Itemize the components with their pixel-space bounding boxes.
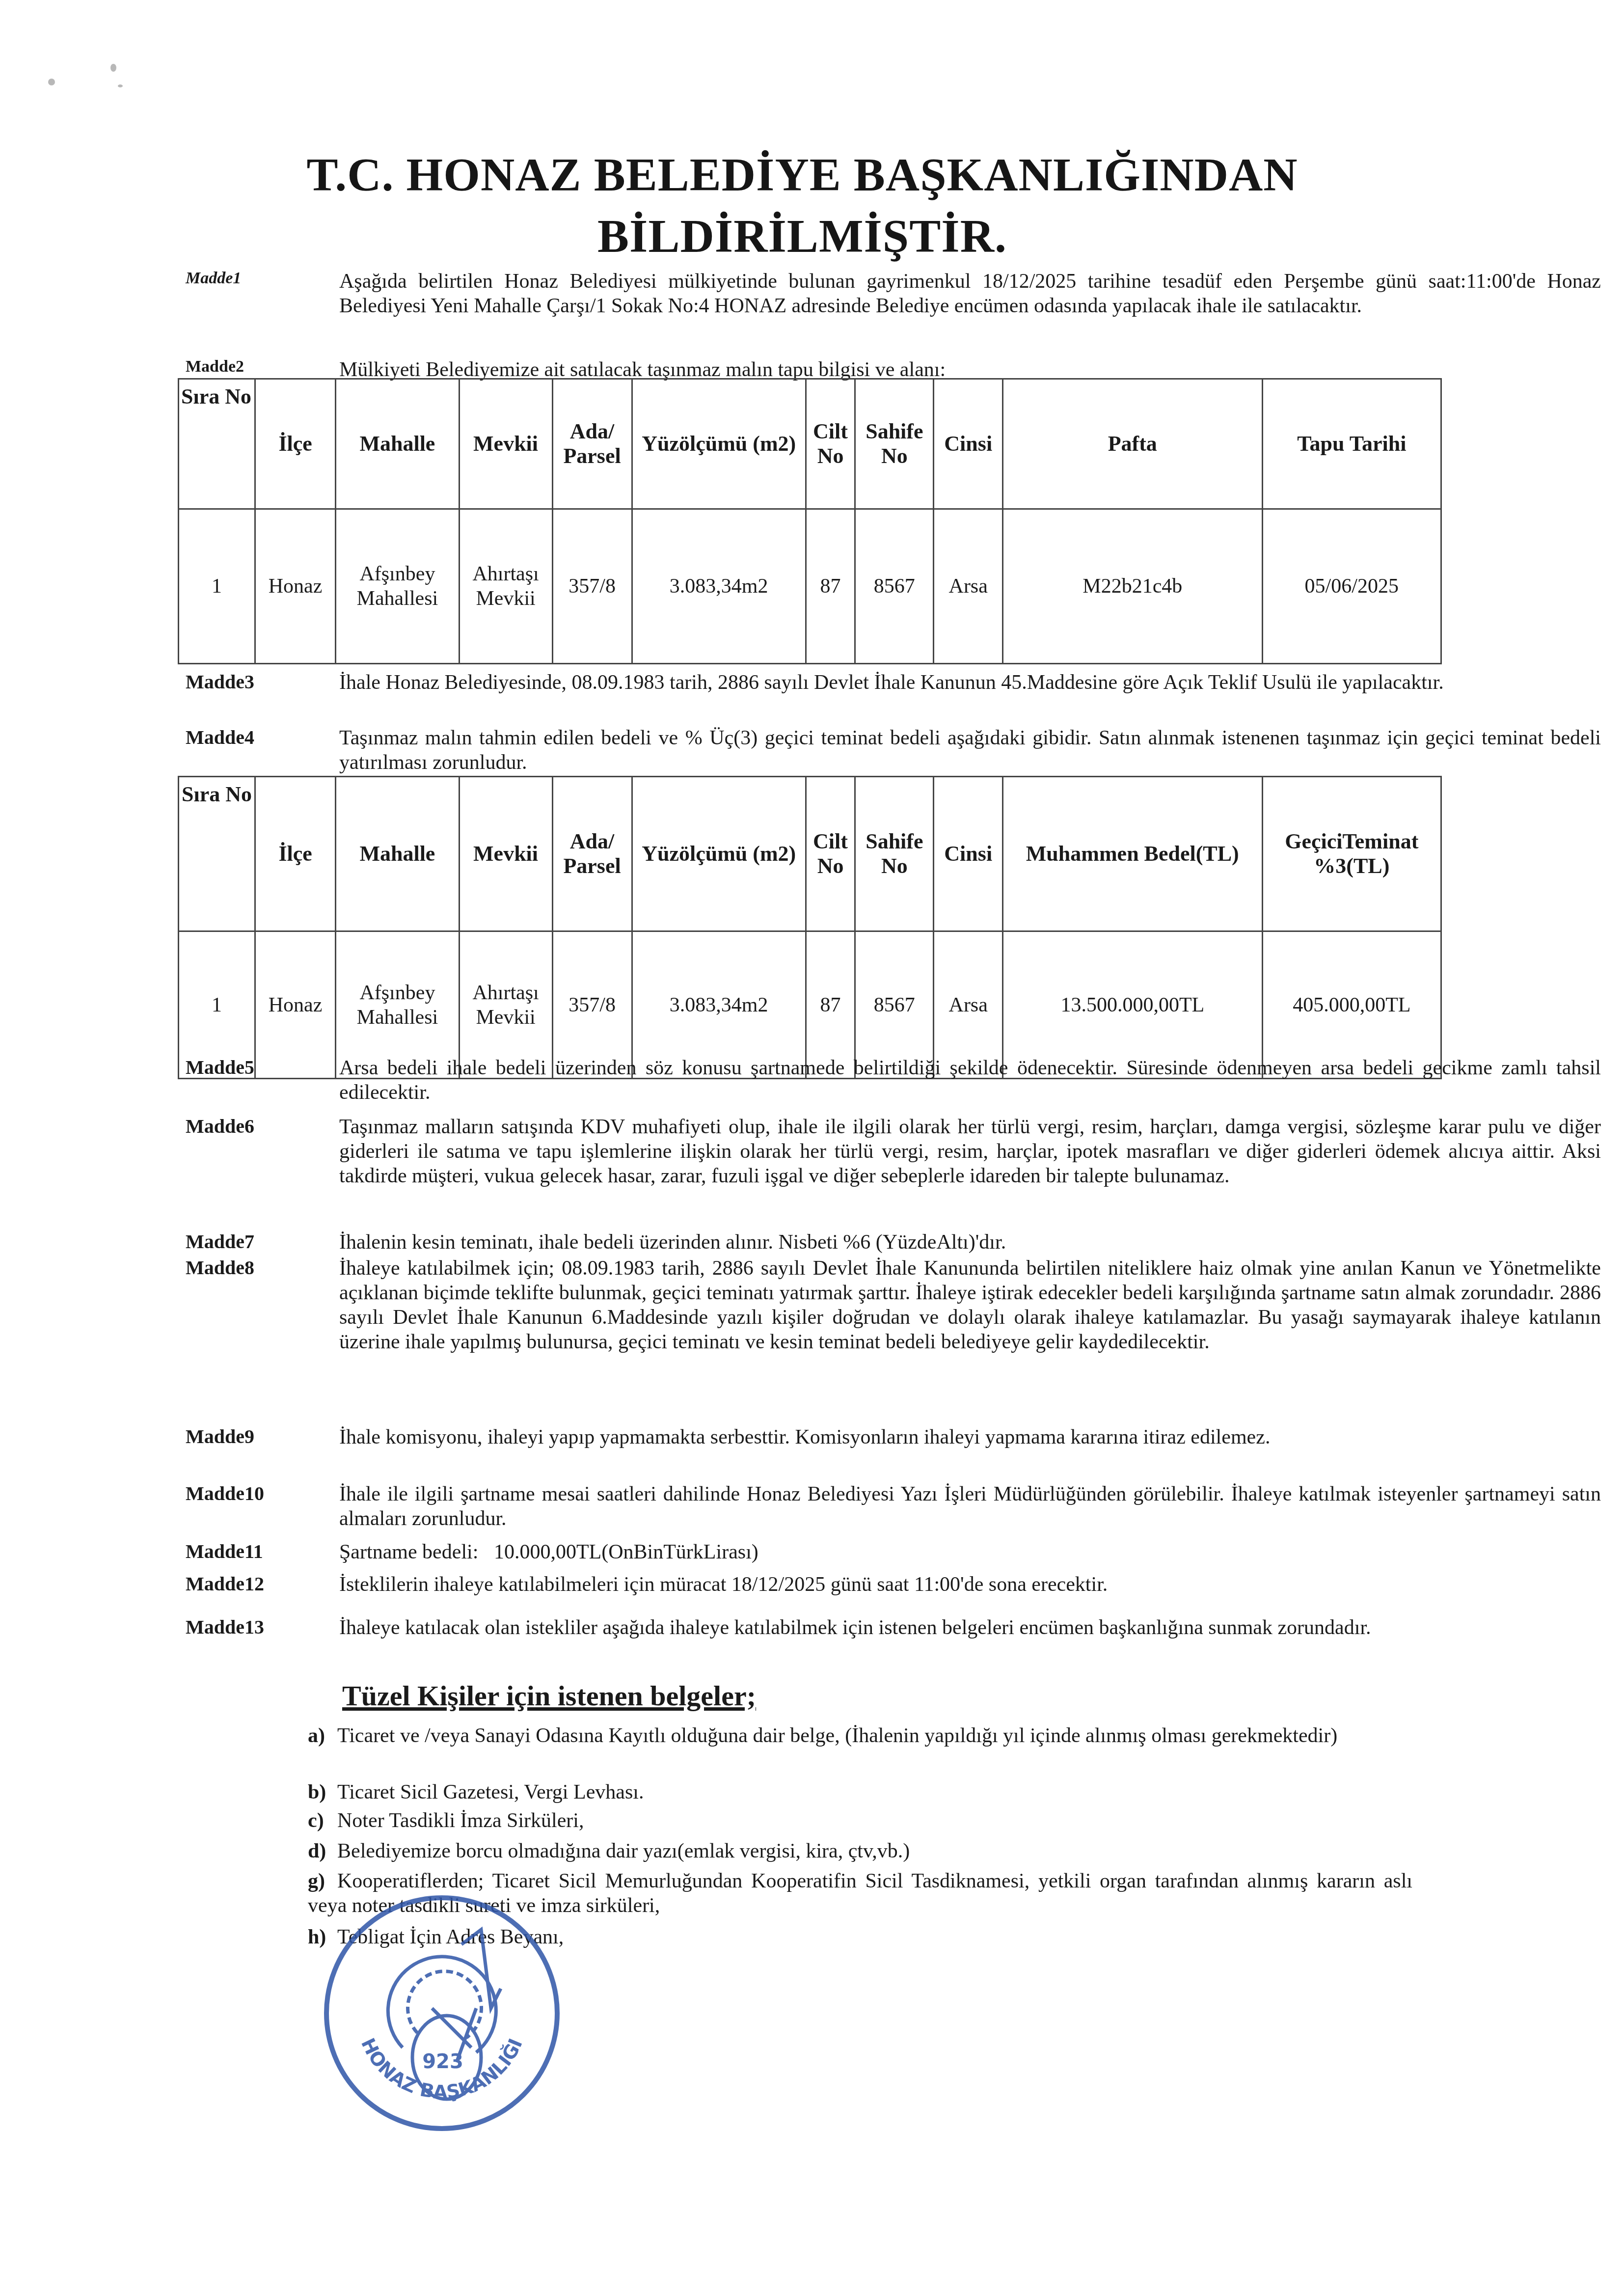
madde-label: Madde11 (186, 1540, 333, 1563)
cell: Afşınbey Mahallesi (336, 509, 459, 664)
madde-text: İhalenin kesin teminatı, ihale bedeli üz… (339, 1230, 1601, 1255)
scan-speck (48, 79, 55, 85)
item-text: Noter Tasdikli İmza Sirküleri, (337, 1809, 584, 1832)
madde-label: Madde6 (186, 1115, 333, 1138)
madde-label: Madde9 (186, 1425, 333, 1448)
col-cilt-no: Cilt No (806, 777, 855, 931)
document-item-b: b)Ticaret Sicil Gazetesi, Vergi Levhası. (308, 1780, 1412, 1804)
col-yuzolcumu: Yüzölçümü (m2) (632, 777, 806, 931)
madde-text: Arsa bedeli ihale bedeli üzerinden söz k… (339, 1056, 1601, 1105)
col-sira-no: Sıra No (179, 777, 255, 931)
madde-label: Madde3 (186, 670, 333, 693)
madde-text: Aşağıda belirtilen Honaz Belediyesi mülk… (339, 269, 1601, 318)
cell: 05/06/2025 (1262, 509, 1441, 664)
col-sahife-no: Sahife No (855, 379, 934, 509)
col-cinsi: Cinsi (934, 777, 1003, 931)
item-key: d) (308, 1839, 337, 1863)
madde-text: Şartname bedeli: 10.000,00TL(OnBinTürkLi… (339, 1540, 1601, 1564)
document-item-a: a)Ticaret ve /veya Sanayi Odasına Kayıtl… (308, 1723, 1412, 1748)
cell: 87 (806, 509, 855, 664)
cell: Honaz (255, 509, 336, 664)
document-page: T.C. HONAZ BELEDİYE BAŞKANLIĞINDAN BİLDİ… (0, 0, 1624, 2296)
item-text: Belediyemize borcu olmadığına dair yazı(… (337, 1840, 910, 1862)
madde-label: Madde8 (186, 1256, 333, 1279)
col-ilce: İlçe (255, 777, 336, 931)
madde-text: İhale ile ilgili şartname mesai saatleri… (339, 1482, 1601, 1531)
col-yuzolcumu: Yüzölçümü (m2) (632, 379, 806, 509)
document-item-c: c)Noter Tasdikli İmza Sirküleri, (308, 1808, 1412, 1833)
madde-label: Madde5 (186, 1056, 333, 1079)
scan-speck (118, 84, 123, 87)
col-sira-no: Sıra No (179, 379, 255, 509)
madde-label: Madde13 (186, 1615, 333, 1639)
item-text: Ticaret Sicil Gazetesi, Vergi Levhası. (337, 1781, 644, 1804)
item-key: c) (308, 1808, 337, 1833)
cell: 3.083,34m2 (632, 509, 806, 664)
table-row: 1 Honaz Afşınbey Mahallesi Ahırtaşı Mevk… (179, 509, 1441, 664)
cell: 1 (179, 509, 255, 664)
col-mahalle: Mahalle (336, 379, 459, 509)
table-header-row: Sıra No İlçe Mahalle Mevkii Ada/ Parsel … (179, 777, 1441, 931)
item-key: b) (308, 1780, 337, 1804)
madde-label: Madde12 (186, 1572, 333, 1595)
document-item-d: d)Belediyemize borcu olmadığına dair yaz… (308, 1839, 1412, 1863)
madde-label: Madde7 (186, 1230, 333, 1253)
madde-label: Madde4 (186, 726, 333, 749)
col-ilce: İlçe (255, 379, 336, 509)
page-title: T.C. HONAZ BELEDİYE BAŞKANLIĞINDAN (0, 147, 1614, 202)
required-documents-title: Tüzel Kişiler için istenen belgeler; (342, 1679, 756, 1712)
bedel-teminat-table: Sıra No İlçe Mahalle Mevkii Ada/ Parsel … (178, 776, 1442, 1079)
madde-text: Taşınmaz malın tahmin edilen bedeli ve %… (339, 726, 1601, 775)
tapu-info-table: Sıra No İlçe Mahalle Mevkii Ada/ Parsel … (178, 378, 1442, 664)
madde-text: İsteklilerin ihaleye katılabilmeleri içi… (339, 1572, 1601, 1597)
table-header-row: Sıra No İlçe Mahalle Mevkii Ada/ Parsel … (179, 379, 1441, 509)
madde-text: Taşınmaz malların satışında KDV muhafiye… (339, 1115, 1601, 1188)
madde-text: İhale Honaz Belediyesinde, 08.09.1983 ta… (339, 670, 1601, 695)
cell: M22b21c4b (1003, 509, 1263, 664)
col-pafta: Pafta (1003, 379, 1263, 509)
madde-label: Madde10 (186, 1482, 333, 1505)
page-subtitle: BİLDİRİLMİŞTİR. (0, 209, 1614, 263)
madde-text: İhale komisyonu, ihaleyi yapıp yapmamakt… (339, 1425, 1601, 1449)
col-gecici-teminat: GeçiciTeminat %3(TL) (1262, 777, 1441, 931)
col-mevkii: Mevkii (459, 777, 552, 931)
madde-text: İhaleye katılabilmek için; 08.09.1983 ta… (339, 1256, 1601, 1354)
item-key: a) (308, 1723, 337, 1748)
col-tapu-tarihi: Tapu Tarihi (1262, 379, 1441, 509)
col-cinsi: Cinsi (934, 379, 1003, 509)
madde-label: Madde2 (186, 357, 333, 376)
col-sahife-no: Sahife No (855, 777, 934, 931)
col-mevkii: Mevkii (459, 379, 552, 509)
official-stamp-icon: HONAZ BAŞKANLIĞI 923 (314, 1886, 569, 2141)
cell: 8567 (855, 509, 934, 664)
cell: Arsa (934, 509, 1003, 664)
col-ada-parsel: Ada/ Parsel (552, 777, 632, 931)
madde-label: Madde1 (186, 269, 333, 288)
col-ada-parsel: Ada/ Parsel (552, 379, 632, 509)
cell: Ahırtaşı Mevkii (459, 509, 552, 664)
madde-text: İhaleye katılacak olan istekliler aşağıd… (339, 1615, 1601, 1640)
item-text: Ticaret ve /veya Sanayi Odasına Kayıtlı … (337, 1724, 1337, 1747)
col-cilt-no: Cilt No (806, 379, 855, 509)
col-muhammen-bedel: Muhammen Bedel(TL) (1003, 777, 1263, 931)
cell: 357/8 (552, 509, 632, 664)
scan-speck (110, 64, 116, 72)
col-mahalle: Mahalle (336, 777, 459, 931)
svg-text:923: 923 (422, 2050, 463, 2073)
